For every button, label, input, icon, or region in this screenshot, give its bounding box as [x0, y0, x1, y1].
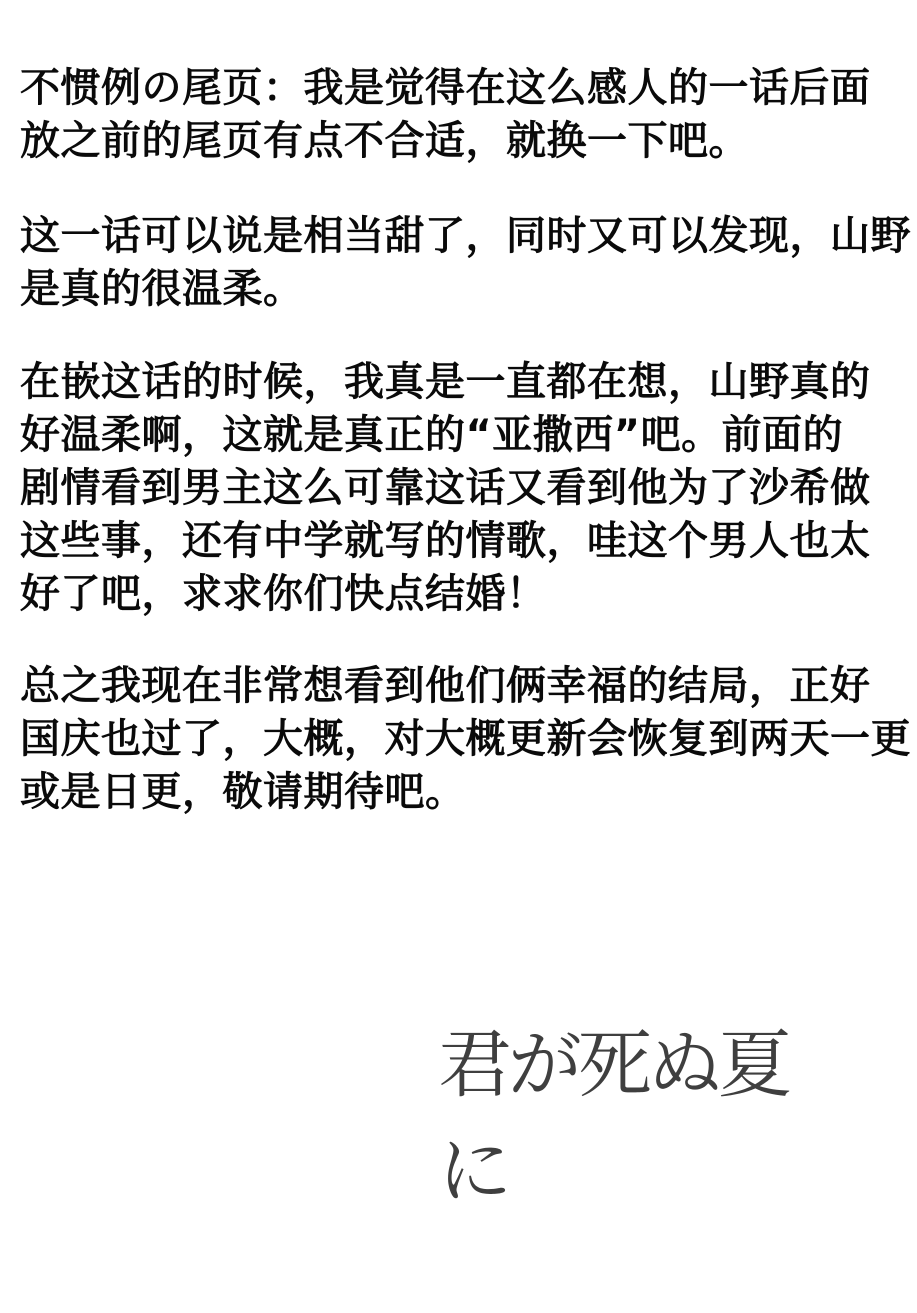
text-line: 在嵌这话的时候，我真是一直都在想，山野真的	[20, 356, 910, 409]
series-title-logo: 君が死ぬ夏に	[438, 1062, 818, 1162]
paragraph-sweet: 这一话可以说是相当甜了，同时又可以发现，山野 是真的很温柔。	[20, 210, 910, 316]
text-line: 好温柔啊，这就是真正的“亚撒西”吧。前面的	[20, 409, 910, 462]
text-line: 好了吧，求求你们快点结婚！	[20, 568, 910, 621]
text-line: 总之我现在非常想看到他们俩幸福的结局，正好	[20, 660, 910, 713]
paragraph-intro: 不惯例の尾页：我是觉得在这么感人的一话后面 放之前的尾页有点不合适，就换一下吧。	[20, 62, 910, 168]
text-line: 不惯例の尾页：我是觉得在这么感人的一话后面	[20, 62, 910, 115]
text-line: 放之前的尾页有点不合适，就换一下吧。	[20, 115, 910, 168]
paragraph-update-schedule: 总之我现在非常想看到他们俩幸福的结局，正好 国庆也过了，大概，对大概更新会恢复到…	[20, 660, 910, 819]
text-line: 国庆也过了，大概，对大概更新会恢复到两天一更	[20, 713, 910, 766]
text-line: 这一话可以说是相当甜了，同时又可以发现，山野	[20, 210, 910, 263]
text-line: 或是日更，敬请期待吧。	[20, 766, 910, 819]
text-line: 是真的很温柔。	[20, 263, 910, 316]
manga-afterword-page: 不惯例の尾页：我是觉得在这么感人的一话后面 放之前的尾页有点不合适，就换一下吧。…	[0, 0, 917, 1313]
series-title-text: 君が死ぬ夏に	[438, 1006, 818, 1218]
text-line: 这些事，还有中学就写的情歌，哇这个男人也太	[20, 515, 910, 568]
paragraph-thoughts: 在嵌这话的时候，我真是一直都在想，山野真的 好温柔啊，这就是真正的“亚撒西”吧。…	[20, 356, 910, 621]
text-line: 剧情看到男主这么可靠这话又看到他为了沙希做	[20, 462, 910, 515]
